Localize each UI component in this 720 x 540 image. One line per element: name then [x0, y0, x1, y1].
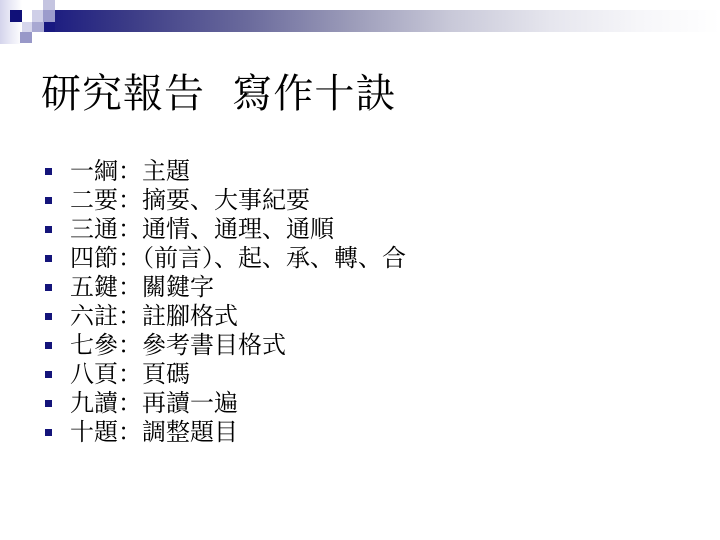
square-bullet-icon: [45, 226, 52, 233]
list-item-text: 十題：調整題目: [70, 418, 238, 447]
square-bullet-icon: [45, 255, 52, 262]
decorative-square: [32, 10, 43, 22]
list-item-text: 三通：通情、通理、通順: [70, 215, 334, 244]
decorative-square: [43, 10, 55, 22]
decorative-square: [10, 10, 22, 22]
square-bullet-icon: [45, 342, 52, 349]
square-bullet-icon: [45, 400, 52, 407]
decorative-square: [43, 0, 55, 10]
decorative-square: [44, 22, 55, 32]
square-bullet-icon: [45, 429, 52, 436]
list-item-text: 七參：參考書目格式: [70, 331, 286, 360]
decorative-square: [20, 32, 32, 43]
list-item-text: 九讀：再讀一遍: [70, 389, 238, 418]
square-bullet-icon: [45, 168, 52, 175]
square-bullet-icon: [45, 197, 52, 204]
decorative-square: [22, 22, 32, 32]
list-item-text: 六註：註腳格式: [70, 302, 238, 331]
header-gradient-band: [44, 10, 720, 32]
square-bullet-icon: [45, 371, 52, 378]
decorative-left-strip: [0, 0, 22, 44]
decorative-square: [32, 22, 44, 32]
square-bullet-icon: [45, 313, 52, 320]
list-item-text: 四節：（前言）、起、承、轉、合: [70, 244, 406, 273]
slide-title: 研究報告 寫作十訣: [41, 70, 396, 118]
list-item-text: 二要：摘要、大事紀要: [70, 186, 310, 215]
list-item-text: 五鍵：關鍵字: [70, 273, 214, 302]
list-item-text: 一綱：主題: [70, 157, 190, 186]
list-item-text: 八頁：頁碼: [70, 360, 190, 389]
square-bullet-icon: [45, 284, 52, 291]
